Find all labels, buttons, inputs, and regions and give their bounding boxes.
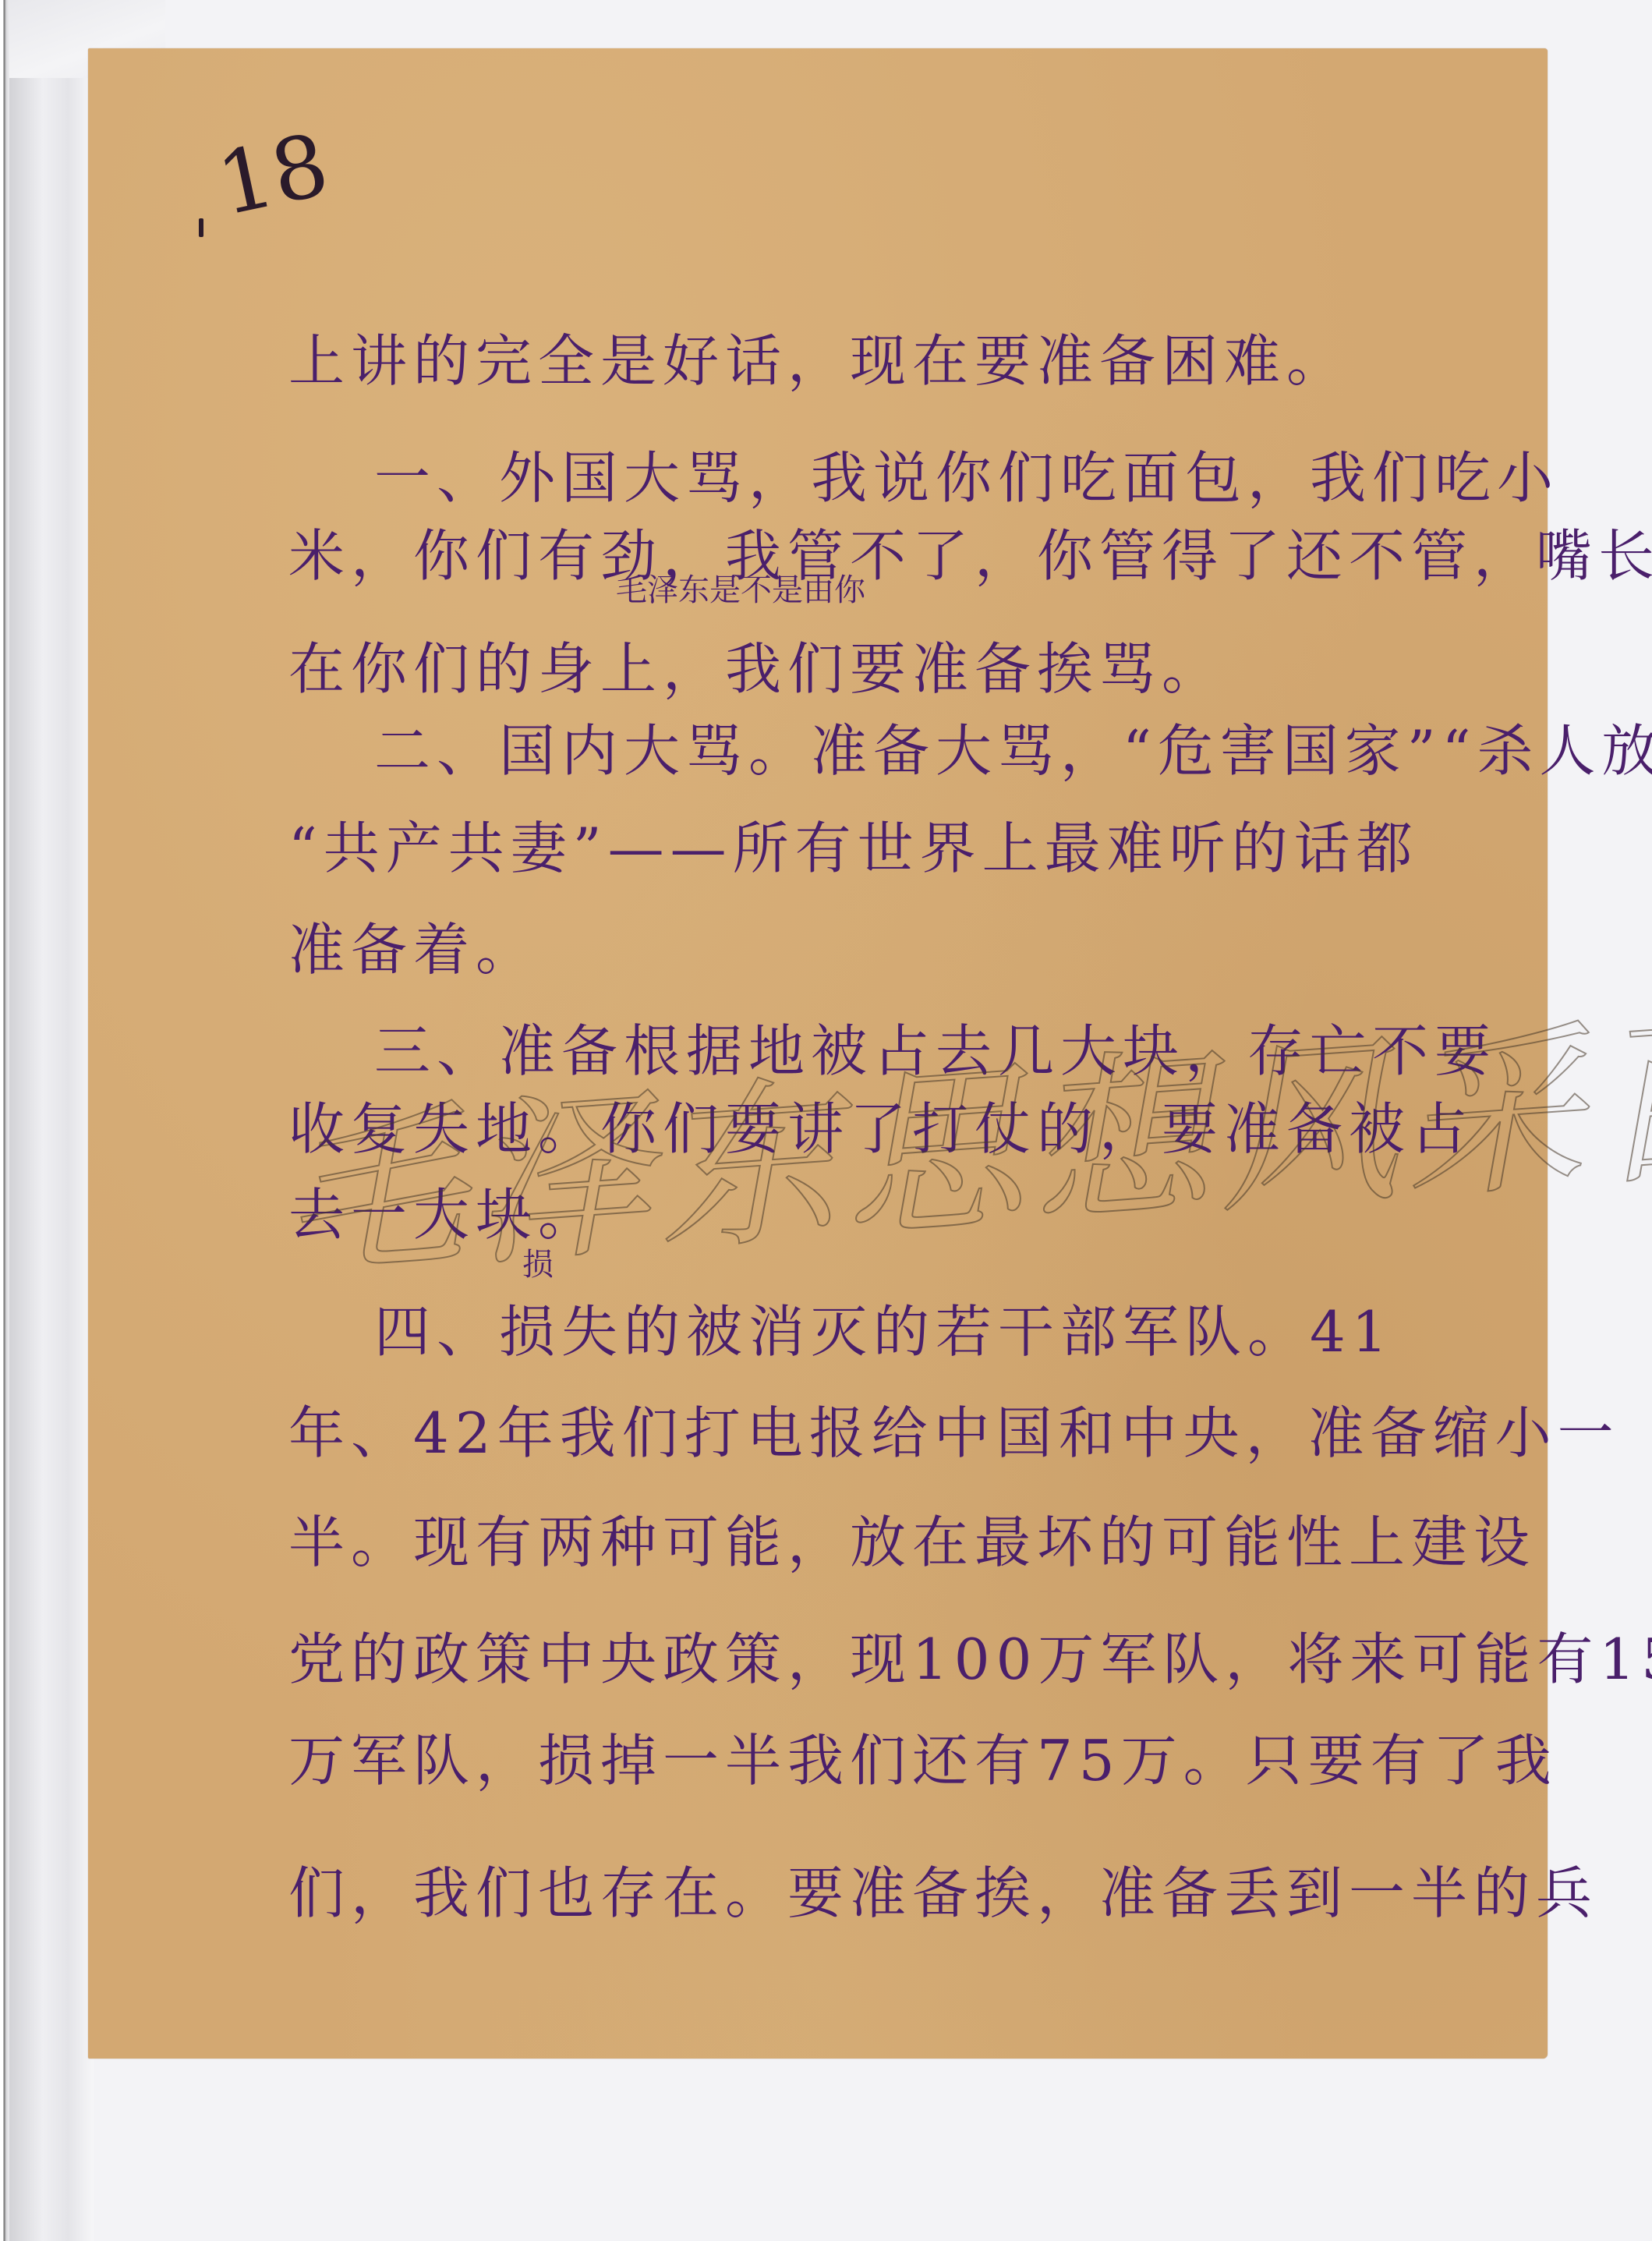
backing-paper-fold (9, 0, 94, 2241)
manuscript-line-14: 党的政策中央政策，现100万军队，将来可能有150 (288, 1614, 1652, 1695)
manuscript-line-2: 一、外国大骂，我说你们吃面包，我们吃小 (374, 433, 1559, 514)
manuscript-line-10: 去一大块。 (288, 1170, 600, 1251)
manuscript-line-15: 万军队，损掉一半我们还有75万。只要有了我 (288, 1715, 1558, 1797)
manuscript-line-16: 们，我们也存在。要准备挨，准备丢到一半的兵 (288, 1848, 1598, 1929)
manuscript-line-12: 年、42年我们打电报给中国和中央，准备缩小一 (288, 1388, 1620, 1469)
manuscript-line-8: 三、准备根据地被占去几大块，存亡不要 (374, 1006, 1497, 1087)
manuscript-line-13: 半。现有两种可能，放在最坏的可能性上建设 (288, 1497, 1536, 1578)
manuscript-line-3: 米，你们有劲，我管不了，你管得了还不管，嘴长 (288, 511, 1652, 592)
manuscript-line-1: 上讲的完全是好话，现在要准备困难。 (288, 316, 1349, 397)
manuscript-line-9: 收复失地。你们要讲了打仗的，要准备被占 (288, 1084, 1473, 1165)
manuscript-line-6: “共产共妻”——所有世界上最难听的话都 (288, 803, 1419, 884)
manuscript-line-5: 二、国内大骂。准备大骂，“危害国家”“杀人放火” (374, 706, 1652, 787)
interlinear-insertion: 毛泽东是不是由你 (616, 565, 865, 610)
manuscript-line-7: 准备着。 (288, 905, 538, 986)
manuscript-line-4: 在你们的身上，我们要准备挨骂。 (288, 624, 1224, 705)
scanner-edge (0, 0, 9, 2241)
interlinear-insertion-2: 损 (522, 1240, 554, 1284)
margin-mark (199, 218, 203, 237)
manuscript-line-11: 四、损失的被消灭的若干部军队。41 (374, 1287, 1394, 1368)
